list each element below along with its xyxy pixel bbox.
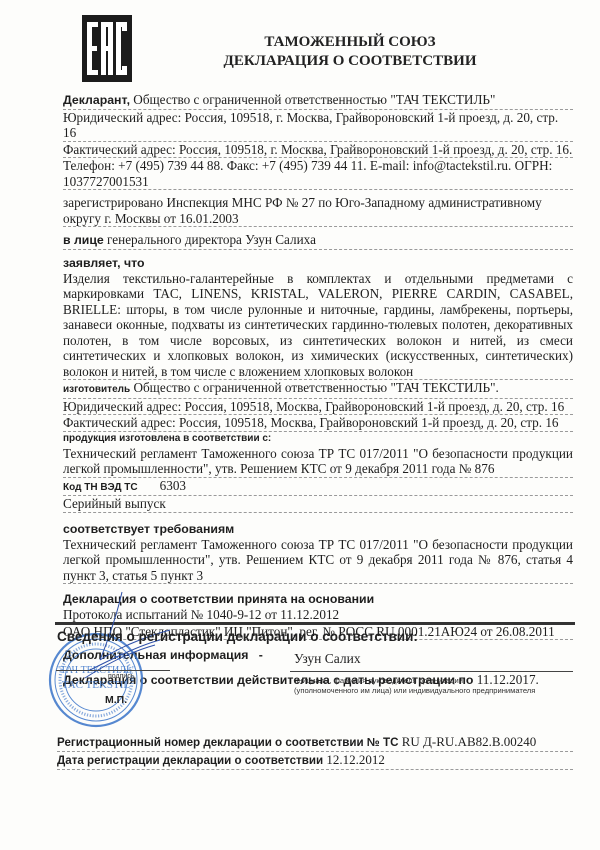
produced-per-label: продукция изготовлена в соответствии с:	[63, 432, 573, 446]
release-type: Серийный выпуск	[63, 496, 573, 513]
registration-date-value: 12.12.2012	[323, 752, 385, 767]
person-caption-line1: инициалы, фамилия руководителя организац…	[294, 676, 584, 686]
manufacturer-row: изготовитель Общество с ограниченной отв…	[63, 380, 573, 399]
person-name-line	[290, 671, 573, 672]
registration-details: Регистрационный номер декларации о соотв…	[57, 734, 573, 770]
declarant-name: Общество с ограниченной ответственностью…	[130, 92, 495, 107]
declarant-row: Декларант, Общество с ограниченной ответ…	[63, 92, 573, 110]
represented-by-value: генерального директора Узун Салиха	[104, 232, 316, 247]
registration-heading: Сведения о регистрации декларации о соот…	[57, 629, 418, 644]
signature-caption: подпись	[108, 673, 134, 680]
additional-info-value: -	[248, 648, 262, 662]
title-declaration: ДЕКЛАРАЦИЯ О СООТВЕТСТВИИ	[130, 52, 570, 71]
hs-code-value: 6303	[160, 478, 186, 494]
title-customs-union: ТАМОЖЕННЫЙ СОЮЗ	[130, 33, 570, 52]
person-caption: инициалы, фамилия руководителя организац…	[294, 676, 584, 696]
declarant-legal-address: Юридический адрес: Россия, 109518, г. Мо…	[63, 110, 573, 142]
registration-date-label: Дата регистрации декларации о соответств…	[57, 754, 323, 767]
statement-label: заявляет, что	[63, 255, 573, 271]
declarant-actual-address: Фактический адрес: Россия, 109518, г. Мо…	[63, 142, 573, 159]
eac-logo	[82, 15, 132, 82]
declarant-registration: зарегистрировано Инспекция МНС РФ № 27 п…	[63, 195, 573, 227]
represented-by-row: в лице генерального директора Узун Салих…	[63, 232, 573, 250]
seal-place-label: М.П.	[105, 694, 127, 706]
represented-by-label: в лице	[63, 233, 104, 247]
document-title: ТАМОЖЕННЫЙ СОЮЗ ДЕКЛАРАЦИЯ О СООТВЕТСТВИ…	[130, 33, 570, 71]
hs-code-row: Код ТН ВЭД ТС6303	[63, 478, 573, 497]
manufacturer-legal-address: Юридический адрес: Россия, 109518, Москв…	[63, 399, 573, 416]
declarant-label: Декларант,	[63, 93, 130, 107]
complies-value: Технический регламент Таможенного союза …	[63, 537, 573, 585]
manufacturer-name: Общество с ограниченной ответственностью…	[130, 380, 499, 395]
registration-number-label: Регистрационный номер декларации о соотв…	[57, 736, 398, 749]
registration-number-row: Регистрационный номер декларации о соотв…	[57, 734, 573, 752]
declarant-contacts: Телефон: +7 (495) 739 44 88. Факс: +7 (4…	[63, 158, 573, 190]
authorized-person-name: Узун Салих	[294, 651, 361, 667]
hs-code-label: Код ТН ВЭД ТС	[63, 482, 138, 493]
registration-number-value: RU Д-RU.АВ82.В.00240	[398, 734, 536, 749]
manufacturer-label: изготовитель	[63, 384, 130, 395]
complies-label: соответствует требованиям	[63, 521, 573, 537]
person-caption-line2: (уполномоченного им лица) или индивидуал…	[294, 686, 584, 696]
products-description: Изделия текстильно-галантерейные в компл…	[63, 271, 573, 381]
manufacturer-actual-address: Фактический адрес: Россия, 109518, Москв…	[63, 415, 573, 432]
signature-line	[56, 670, 170, 671]
registration-date-row: Дата регистрации декларации о соответств…	[57, 752, 573, 770]
produced-per-value: Технический регламент Таможенного союза …	[63, 446, 573, 478]
